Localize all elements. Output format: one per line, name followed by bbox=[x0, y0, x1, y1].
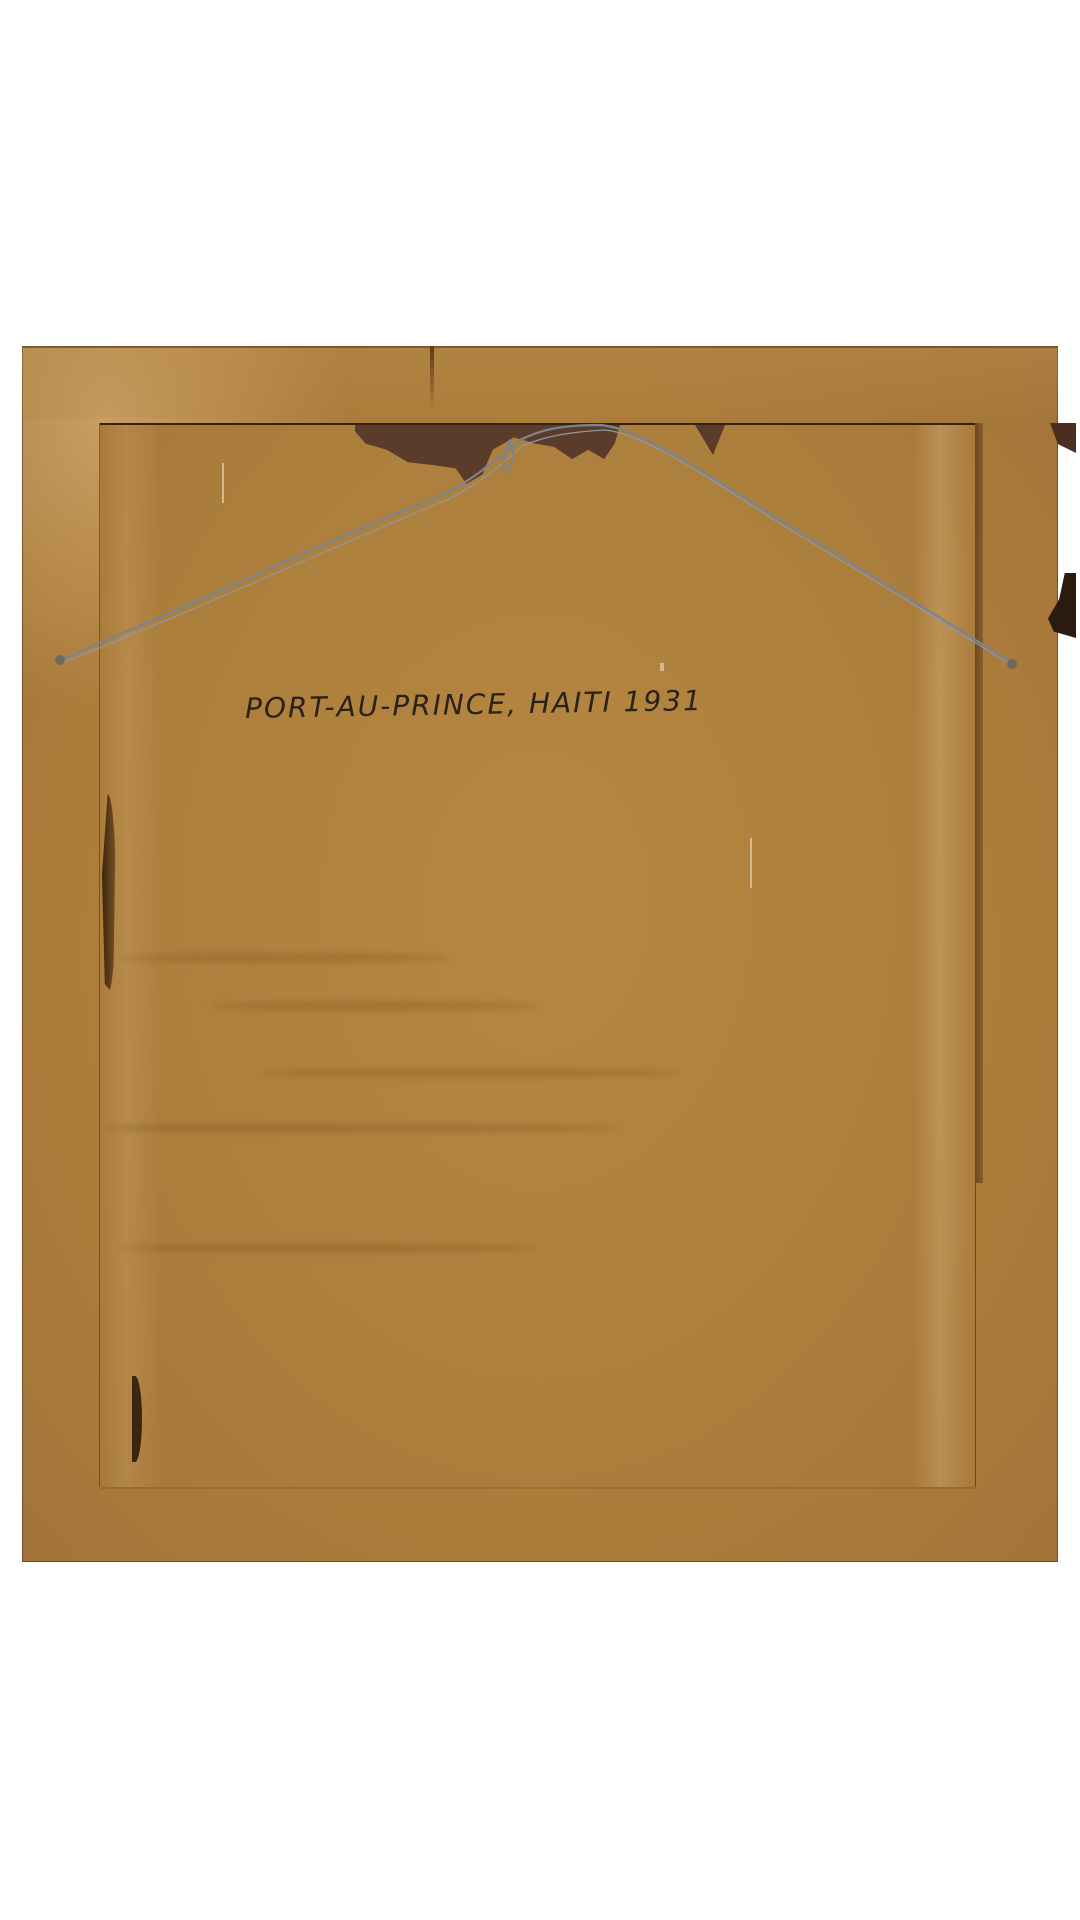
scuff-mark bbox=[660, 663, 664, 671]
board-tape-split bbox=[430, 346, 434, 408]
torn-paper-right-edge bbox=[1048, 573, 1076, 638]
torn-paper-notch bbox=[695, 425, 725, 455]
paper-edge-gap bbox=[975, 423, 983, 1183]
water-stain bbox=[210, 1001, 540, 1011]
frame-backing-board bbox=[22, 346, 1058, 1562]
board-top-tape bbox=[22, 346, 1058, 418]
dust-cover-paper bbox=[100, 423, 975, 1487]
water-stain bbox=[100, 1123, 620, 1133]
water-stain bbox=[260, 1068, 680, 1078]
water-stain bbox=[120, 953, 450, 963]
water-stain bbox=[120, 1243, 540, 1253]
scuff-mark bbox=[222, 463, 224, 503]
torn-paper-corner bbox=[1050, 423, 1076, 453]
scuff-mark bbox=[750, 838, 752, 888]
torn-paper-patch bbox=[355, 425, 620, 487]
paper-bottom-seam bbox=[100, 1487, 975, 1489]
